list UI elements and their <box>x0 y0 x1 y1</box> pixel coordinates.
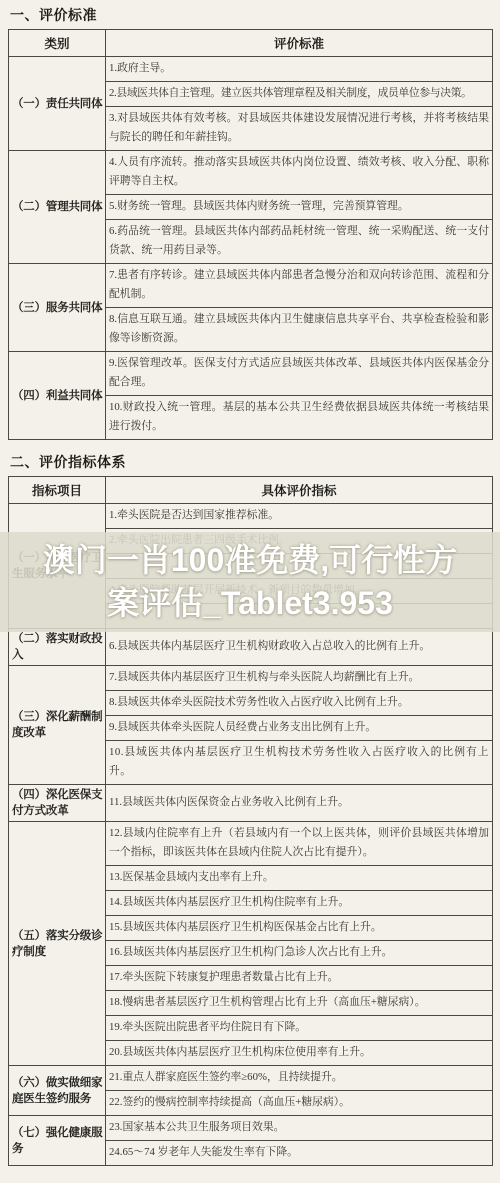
item-cell: 2.县域医共体自主管理。建立医共体管理章程及相关制度，成员单位参与决策。 <box>106 82 493 107</box>
item-cell: 5.财务统一管理。县域医共体内财务统一管理，完善预算管理。 <box>106 195 493 220</box>
section2-title: 二、评价指标体系 <box>10 453 492 471</box>
item-cell: 6.药品统一管理。县域医共体内部药品耗材统一管理、统一采购配送、统一支付货款、统… <box>106 220 493 264</box>
header-specific-index: 具体评价指标 <box>106 477 493 504</box>
item-cell: 18.慢病患者基层医疗卫生机构管理占比有上升（高血压+糖尿病）。 <box>106 991 493 1016</box>
item-cell: 12.县域内住院率有上升（若县域内有一个以上医共体，则评价县域医共体增加一个指标… <box>106 822 493 866</box>
category-cell: （六）做实做细家庭医生签约服务 <box>9 1066 106 1116</box>
item-cell: 1.牵头医院是否达到国家推荐标准。 <box>106 504 493 529</box>
item-cell: 22.签约的慢病控制率持续提高（高血压+糖尿病）。 <box>106 1091 493 1116</box>
item-cell: 14.县域医共体内基层医疗卫生机构住院率有上升。 <box>106 891 493 916</box>
category-cell: （四）深化医保支付方式改革 <box>9 785 106 822</box>
table-row: （五）落实分级诊疗制度 12.县域内住院率有上升（若县域内有一个以上医共体，则评… <box>9 822 493 866</box>
item-cell: 10.县域医共体内基层医疗卫生机构技术劳务性收入占医疗收入的比例有上升。 <box>106 741 493 785</box>
item-cell: 21.重点人群家庭医生签约率≥60%，且持续提升。 <box>106 1066 493 1091</box>
item-cell: 15.县域医共体内基层医疗卫生机构医保基金占比有上升。 <box>106 916 493 941</box>
watermark-line2: 案评估_Tablet3.953 <box>107 582 393 625</box>
item-cell: 10.财政投入统一管理。基层的基本公共卫生经费依据县域医共体统一考核结果进行拨付… <box>106 396 493 440</box>
item-cell: 17.牵头医院下转康复护理患者数量占比有上升。 <box>106 966 493 991</box>
item-cell: 9.县域医共体牵头医院人员经费占业务支出比例有上升。 <box>106 716 493 741</box>
table-row: （四）深化医保支付方式改革 11.县域医共体内医保资金占业务收入比例有上升。 <box>9 785 493 822</box>
item-cell: 6.县域医共体内基层医疗卫生机构财政收入占总收入的比例有上升。 <box>106 629 493 666</box>
table-header-row: 类别 评价标准 <box>9 30 493 57</box>
table-row: （六）做实做细家庭医生签约服务 21.重点人群家庭医生签约率≥60%，且持续提升… <box>9 1066 493 1091</box>
table-row: （三）服务共同体 7.患者有序转诊。建立县域医共体内部患者急慢分治和双向转诊范围… <box>9 264 493 308</box>
item-cell: 24.65～74 岁老年人失能发生率有下降。 <box>106 1141 493 1166</box>
item-cell: 8.信息互联互通。建立县域医共体内卫生健康信息共享平台、共享检查检验和影像等诊断… <box>106 308 493 352</box>
category-cell: （七）强化健康服务 <box>9 1116 106 1166</box>
table-row: （四）利益共同体 9.医保管理改革。医保支付方式适应县域医共体改革、县域医共体内… <box>9 352 493 396</box>
table-row: （二）落实财政投入 6.县域医共体内基层医疗卫生机构财政收入占总收入的比例有上升… <box>9 629 493 666</box>
table-row: （二）管理共同体 4.人员有序流转。推动落实县域医共体内岗位设置、绩效考核、收入… <box>9 151 493 195</box>
item-cell: 9.医保管理改革。医保支付方式适应县域医共体改革、县域医共体内医保基金分配合理。 <box>106 352 493 396</box>
table-row: （一）责任共同体 1.政府主导。 <box>9 57 493 82</box>
item-cell: 4.人员有序流转。推动落实县域医共体内岗位设置、绩效考核、收入分配、职称评聘等自… <box>106 151 493 195</box>
header-standard: 评价标准 <box>106 30 493 57</box>
item-cell: 16.县域医共体内基层医疗卫生机构门急诊人次占比有上升。 <box>106 941 493 966</box>
evaluation-standards-table: 类别 评价标准 （一）责任共同体 1.政府主导。 2.县域医共体自主管理。建立医… <box>8 29 493 440</box>
section1-title: 一、评价标准 <box>10 6 492 24</box>
category-cell: （四）利益共同体 <box>9 352 106 440</box>
table-row: （三）深化薪酬制度改革 7.县域医共体内基层医疗卫生机构与牵头医院人均薪酬比有上… <box>9 666 493 691</box>
item-cell: 7.患者有序转诊。建立县域医共体内部患者急慢分治和双向转诊范围、流程和分配机制。 <box>106 264 493 308</box>
category-cell: （二）落实财政投入 <box>9 629 106 666</box>
watermark-line1: 澳门一肖100准免费,可行性方 <box>43 539 457 582</box>
category-cell: （一）责任共同体 <box>9 57 106 151</box>
header-index-item: 指标项目 <box>9 477 106 504</box>
category-cell: （三）深化薪酬制度改革 <box>9 666 106 785</box>
item-cell: 11.县域医共体内医保资金占业务收入比例有上升。 <box>106 785 493 822</box>
item-cell: 19.牵头医院出院患者平均住院日有下降。 <box>106 1016 493 1041</box>
table-row: （一）提升医疗卫生服务水平 1.牵头医院是否达到国家推荐标准。 <box>9 504 493 529</box>
item-cell: 23.国家基本公共卫生服务项目效果。 <box>106 1116 493 1141</box>
category-cell: （二）管理共同体 <box>9 151 106 264</box>
watermark-overlay: 澳门一肖100准免费,可行性方 案评估_Tablet3.953 <box>0 532 500 632</box>
item-cell: 13.医保基金县域内支出率有上升。 <box>106 866 493 891</box>
category-cell: （五）落实分级诊疗制度 <box>9 822 106 1066</box>
item-cell: 20.县域医共体内基层医疗卫生机构床位使用率有上升。 <box>106 1041 493 1066</box>
header-category: 类别 <box>9 30 106 57</box>
item-cell: 7.县域医共体内基层医疗卫生机构与牵头医院人均薪酬比有上升。 <box>106 666 493 691</box>
table-row: （七）强化健康服务 23.国家基本公共卫生服务项目效果。 <box>9 1116 493 1141</box>
category-cell: （三）服务共同体 <box>9 264 106 352</box>
item-cell: 1.政府主导。 <box>106 57 493 82</box>
item-cell: 8.县域医共体牵头医院技术劳务性收入占医疗收入比例有上升。 <box>106 691 493 716</box>
item-cell: 3.对县域医共体有效考核。对县域医共体建设发展情况进行考核，并将考核结果与院长的… <box>106 107 493 151</box>
table-header-row: 指标项目 具体评价指标 <box>9 477 493 504</box>
